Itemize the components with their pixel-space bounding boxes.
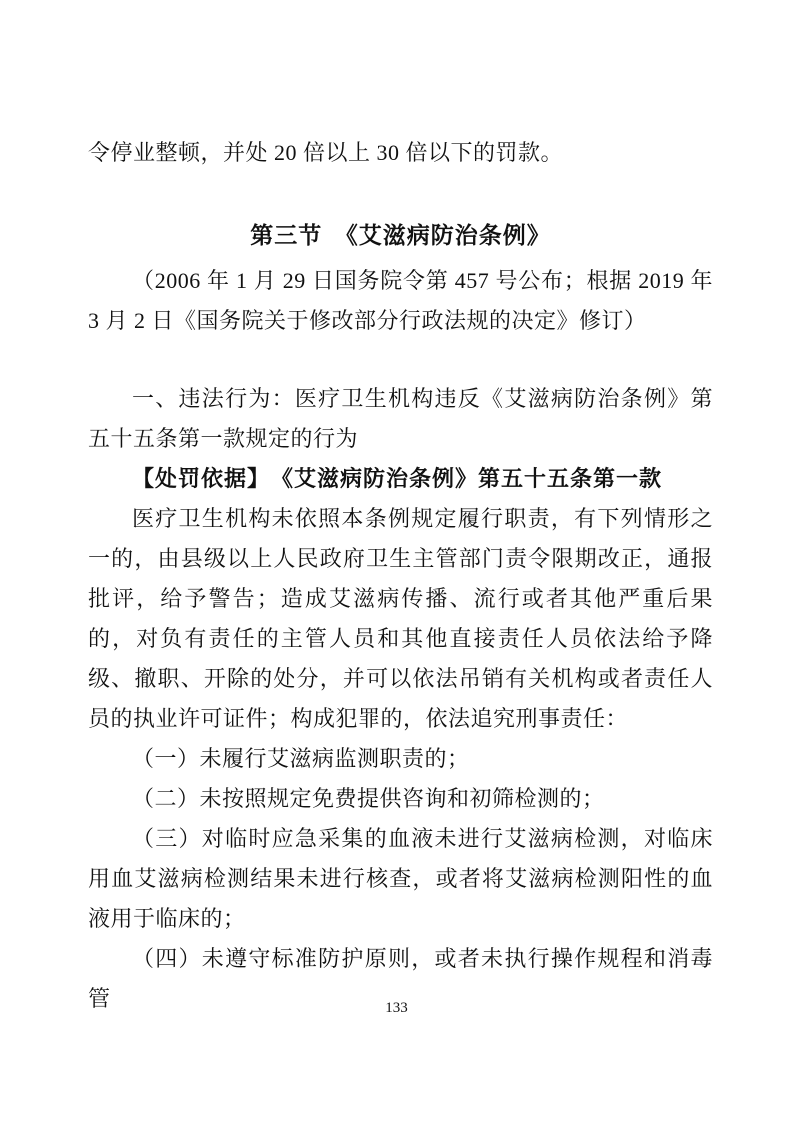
- section-heading: 第三节 《艾滋病防治条例》: [88, 213, 713, 257]
- list-item-1: （一）未履行艾滋病监测职责的；: [88, 739, 713, 779]
- paragraph-penalty-basis: 【处罚依据】 《艾滋病防治条例》第五十五条第一款: [88, 459, 713, 499]
- continuation-paragraph: 令停业整顿，并处 20 倍以上 30 倍以下的罚款。: [88, 133, 713, 173]
- paragraph-violation-description: 一、违法行为：医疗卫生机构违反《艾滋病防治条例》第五十五条第一款规定的行为: [88, 379, 713, 459]
- list-item-2: （二）未按照规定免费提供咨询和初筛检测的；: [88, 779, 713, 819]
- promulgation-note: （2006 年 1 月 29 日国务院令第 457 号公布；根据 2019 年 …: [88, 261, 713, 341]
- document-page: 令停业整顿，并处 20 倍以上 30 倍以下的罚款。 第三节 《艾滋病防治条例》…: [0, 0, 793, 1122]
- list-item-3: （三）对临时应急采集的血液未进行艾滋病检测，对临床用血艾滋病检测结果未进行核查，…: [88, 819, 713, 939]
- page-number: 133: [0, 998, 793, 1018]
- paragraph-article-55-body: 医疗卫生机构未依照本条例规定履行职责，有下列情形之一的，由县级以上人民政府卫生主…: [88, 499, 713, 739]
